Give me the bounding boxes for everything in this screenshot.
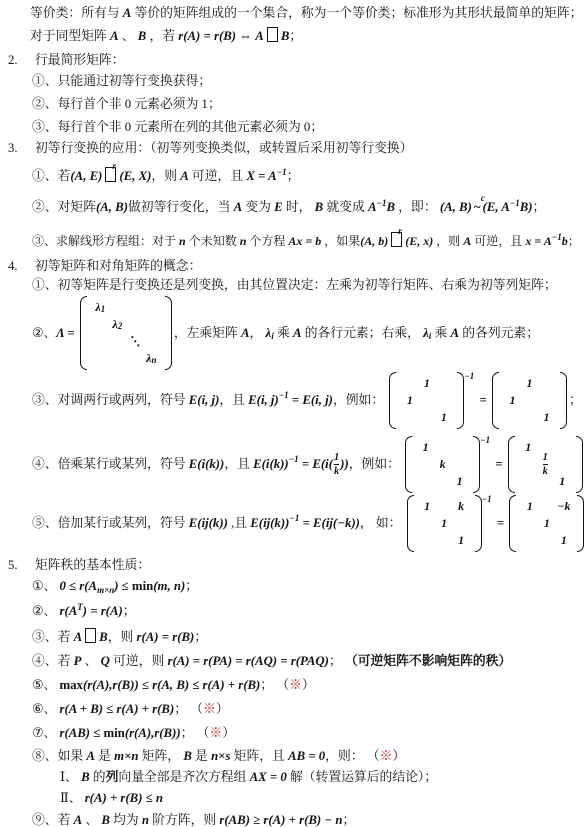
superscript: −1 (277, 167, 287, 177)
matrix-cell (401, 375, 418, 392)
text: Ⅰ、 (60, 770, 81, 784)
text: ,且 (228, 515, 250, 532)
matrix: 11k1 (508, 436, 583, 493)
math-text: (r(A),r(B)) (125, 726, 181, 740)
tofu-box-symbol (267, 27, 278, 45)
math-text: A (74, 813, 83, 827)
matrix: 1−k11 (509, 495, 584, 552)
superscript: −1 (289, 451, 299, 468)
doc-line: ①、只能通过初等行变换获得； (0, 73, 584, 90)
matrix-cell (436, 498, 453, 515)
text: 的 (90, 770, 106, 784)
superscript: −1 (510, 198, 520, 208)
math-text: (A, B) (440, 200, 472, 214)
math-text: A (255, 29, 264, 43)
matrix-cell (92, 350, 109, 367)
math-text: r(AB) ≥ r(A) + r(B) − n (219, 813, 342, 827)
matrix-cell (451, 439, 468, 456)
matrix-cell: ⋱ (126, 333, 143, 350)
text: ，若 (146, 29, 178, 43)
text: ③、对调两行或两列，符号 (32, 392, 189, 409)
matrix-cell: 1 (538, 409, 555, 426)
text: 乘 (274, 325, 293, 342)
math-text: A (368, 200, 377, 214)
math-text: B (99, 630, 108, 644)
text: 、 (119, 29, 138, 43)
list-number: 4. (8, 258, 18, 275)
text: ②、每行首个非 0 元素必须为 1； (32, 97, 221, 111)
matrix: λ1λ2⋱λn (80, 296, 172, 370)
math-text: E(i(k)) (253, 456, 289, 473)
text: ②、 (32, 604, 59, 618)
doc-line: ⑧、如果 A 是 m×n 矩阵， B 是 n×s 矩阵，且 AB = 0，则： … (0, 748, 584, 765)
math-text: = E(i, j) (289, 392, 333, 409)
document-body: 等价类：所有与 A 等价的矩阵组成的一个集合，称为一个等价类；标准形为其形状最简… (0, 5, 584, 827)
math-text: B) (520, 200, 533, 214)
text: ③、若 (32, 630, 74, 644)
text: ⑤、 (32, 678, 59, 692)
doc-line: ⑤、 max(r(A),r(B)) ≤ r(A, B) ≤ r(A) + r(B… (0, 677, 584, 694)
math-text: (E, x) (405, 234, 433, 248)
text: ④、倍乘某行或某列，符号 (32, 456, 189, 473)
math-text: r(A) = r(PA) = r(AQ) = r(PAQ) (167, 654, 328, 668)
math-text: A (180, 169, 189, 183)
matrix-cell (538, 392, 555, 409)
matrix-cell (417, 456, 434, 473)
text: 等价的矩阵组成的一个集合，称为一个等价类；标准形为其形状最简单的矩阵； (131, 6, 582, 20)
math-text: = E(i( (299, 456, 333, 473)
text: ，即： (395, 200, 440, 214)
text: ） (216, 702, 229, 716)
math-text: ) = r(A) (83, 604, 123, 618)
matrix-cell (435, 392, 452, 409)
text: ； (123, 604, 136, 618)
matrix-cell (520, 473, 537, 490)
text: ） (392, 749, 405, 763)
math-text: A (241, 325, 250, 342)
text: 是 (192, 749, 211, 763)
text: Ⅱ、 (60, 791, 85, 805)
superscript: −1 (377, 198, 387, 208)
math-text: X = A (246, 169, 276, 183)
text: ③、每行首个非 0 元素所在列的其他元素必须为 0； (32, 120, 323, 134)
text: ⑥、 (32, 702, 59, 716)
math-text: ) ≤ (114, 579, 132, 593)
matrix-cell: 1 (538, 515, 555, 532)
matrix-cell: 1 (555, 532, 572, 549)
matrix-cell (419, 515, 436, 532)
text: 可逆，且 (189, 169, 247, 183)
math-text: A (74, 630, 83, 644)
text: 做初等行变化，当 (128, 200, 234, 214)
text: 是 (95, 749, 114, 763)
matrix-cell (504, 375, 521, 392)
matrix-cell (92, 333, 109, 350)
text: 初等行变换的应用：（初等列变换类似，或转置后采用初等行变换） (35, 141, 413, 155)
matrix-cell (143, 299, 160, 316)
doc-line: Ⅰ、 B 的列向量全部是齐次方程组 AX = 0 解（转置运算后的结论）； (0, 769, 584, 786)
matrix-cell (126, 316, 143, 333)
matrix-cell: 1 (521, 498, 538, 515)
matrix-cell (109, 333, 126, 350)
math-text: (A, B) (96, 200, 128, 214)
math-text: = E(ij(−k)) (299, 515, 360, 532)
superscript: T (77, 602, 83, 612)
doc-line: 2.行最简形矩阵： (0, 52, 584, 69)
subscript: i (271, 328, 274, 345)
text: ⑧、如果 (32, 749, 86, 763)
matrix-cell (126, 350, 143, 367)
math-text: B (387, 200, 396, 214)
matrix-cell: 1 (520, 439, 537, 456)
math-text: 0 ≤ r(A (59, 579, 97, 593)
text: ； (569, 392, 582, 409)
text: 可逆，且 (471, 234, 525, 248)
math-text: A (450, 325, 459, 342)
matrix-cell (418, 392, 435, 409)
matrix-cell: 1 (401, 392, 418, 409)
doc-line: ⑤、倍加某行或某列，符号 E(ij(k)) ,且 E(ij(k))−1 = E(… (0, 495, 584, 552)
doc-line: ①、 0 ≤ r(Am×n) ≤ min(m, n)； (0, 578, 584, 596)
doc-line: ②、 r(AT) = r(A)； (0, 603, 584, 621)
matrix-cell: 1 (436, 515, 453, 532)
doc-line: ④、倍乘某行或某列，符号 E(i(k))，且 E(i(k))−1 = E(i(1… (0, 436, 584, 493)
matrix-cell (109, 299, 126, 316)
text: ； (194, 630, 207, 644)
text: ，例如： (333, 392, 387, 409)
superscript: −1 (552, 232, 562, 242)
text: 个方程 (246, 234, 288, 248)
math-text: = (492, 456, 506, 473)
text: ④、若 (32, 654, 74, 668)
doc-line: ③、对调两行或两列，符号 E(i, j)，且 E(i, j)−1 = E(i, … (0, 372, 584, 429)
matrix-cell (537, 473, 554, 490)
math-text: (m, n) (153, 579, 185, 593)
text: 乘 (431, 325, 450, 342)
matrix-cell: 1 (451, 473, 468, 490)
matrix-cell (521, 532, 538, 549)
text: ，则 (108, 630, 137, 644)
math-text: m×n (114, 749, 138, 763)
math-text: r(A (59, 604, 77, 618)
text: ②、对矩阵 (32, 200, 96, 214)
matrix-cell: 1 (417, 439, 434, 456)
important-mark: ※ (380, 749, 393, 763)
text: 矩阵，且 (230, 749, 288, 763)
matrix-cell (538, 498, 555, 515)
doc-line: ③、求解线形方程组：对于 n 个未知数 n 个方程 Ax = b ，如果(A, … (0, 232, 584, 251)
matrix-cell (418, 409, 435, 426)
math-text: B (81, 770, 90, 784)
text: 矩阵， (139, 749, 184, 763)
math-text: (r(A),r(B)) ≤ r(A, B) ≤ r(A) + r(B) (83, 678, 260, 692)
matrix-cell: 1 (521, 375, 538, 392)
text: 的各列元素； (459, 325, 539, 342)
text: 解（转置运算后的结论）； (287, 770, 437, 784)
math-text: r(A) = r(B) (178, 29, 236, 43)
matrix-cell (453, 515, 470, 532)
text: ； (342, 813, 355, 827)
math-text: E(i, j) (248, 392, 279, 409)
text: 向量全部是齐次方程组 (118, 770, 249, 784)
doc-line: ①、初等矩阵是行变换还是列变换，由其位置决定：左乘为初等行矩阵、右乘为初等列矩阵… (0, 277, 584, 294)
math-text: E(i, j) (189, 392, 220, 409)
math-text: n (142, 813, 149, 827)
math-text: )) (340, 456, 349, 473)
text: ，且 (224, 456, 253, 473)
math-text: E(ij(k)) (189, 515, 228, 532)
tilde-symbol: ~c (474, 199, 481, 216)
doc-line: ②、每行首个非 0 元素必须为 1； (0, 96, 584, 113)
math-text: E (274, 200, 283, 214)
math-text: Q (101, 654, 110, 668)
math-text: r(A) = r(B) (136, 630, 194, 644)
text: ， (250, 325, 266, 342)
text: 的各行元素；右乘， (302, 325, 424, 342)
text: ； (289, 29, 302, 43)
important-mark: ※ (203, 702, 216, 716)
text: ； (287, 169, 300, 183)
list-number: 3. (8, 140, 18, 157)
math-text: B (183, 749, 192, 763)
text: 矩阵秩的基本性质： (35, 558, 150, 572)
math-text: AX = 0 (250, 770, 287, 784)
matrix-cell (419, 532, 436, 549)
matrix-cell (436, 532, 453, 549)
text: 变为 (242, 200, 274, 214)
math-text: Λ = (56, 325, 78, 342)
matrix-cell (451, 456, 468, 473)
tofu-box-symbol: r (105, 167, 116, 185)
matrix: 111−1 (389, 372, 474, 429)
bold-text: 列 (106, 770, 119, 784)
text: ，左乘矩阵 (174, 325, 241, 342)
math-function: min (103, 726, 124, 740)
matrix-cell (417, 473, 434, 490)
text: ； （ (260, 678, 289, 692)
matrix-cell (554, 439, 571, 456)
math-text: AB = 0 (288, 749, 325, 763)
math-text: E(i(k)) (189, 456, 225, 473)
matrix-cell (538, 532, 555, 549)
text: ； （ (174, 702, 203, 716)
matrix-cell: 1 (453, 532, 470, 549)
doc-line: 等价类：所有与 A 等价的矩阵组成的一个集合，称为一个等价类；标准形为其形状最简… (0, 5, 584, 22)
doc-line: ②、Λ = λ1λ2⋱λn，左乘矩阵 A， λi 乘 A 的各行元素；右乘， λ… (0, 296, 584, 370)
doc-line: ⑦、 r(AB) ≤ min(r(A),r(B))； （※） (0, 725, 584, 742)
text: 行最简形矩阵： (35, 53, 125, 67)
text: ，如果 (321, 234, 360, 248)
matrix-cell: 1 (418, 375, 435, 392)
text: ，且 (219, 392, 248, 409)
matrix-cell (521, 392, 538, 409)
matrix-cell: λn (143, 350, 160, 367)
text: ； （ (181, 726, 210, 740)
matrix-cell: 1 (435, 409, 452, 426)
matrix-cell (143, 333, 160, 350)
math-text: x = A (525, 234, 551, 248)
text: ①、若 (32, 169, 70, 183)
text: 、 (81, 654, 100, 668)
text: ； (329, 654, 345, 668)
math-text: B (138, 29, 147, 43)
matrix-cell (143, 316, 160, 333)
doc-line: ③、若 AB，则 r(A) = r(B)； (0, 628, 584, 646)
math-text: B (101, 813, 110, 827)
math-text: = (494, 515, 508, 532)
math-text: A (293, 325, 302, 342)
matrix-cell (434, 473, 451, 490)
text: ⑤、倍加某行或某列，符号 (32, 515, 189, 532)
tofu-box-symbol (85, 628, 96, 646)
matrix-cell: 1 (504, 392, 521, 409)
matrix-cell: 1k (537, 456, 554, 473)
text: 对于同型矩阵 (30, 29, 110, 43)
matrix-cell: −k (555, 498, 572, 515)
tofu-box-symbol: r (391, 232, 402, 250)
text: ； (568, 234, 580, 248)
math-text: (A, E) (70, 169, 102, 183)
doc-line: ①、若(A, E)r(E, X)，则 A 可逆，且 X = A−1； (0, 167, 584, 186)
doc-line: Ⅱ、 r(A) + r(B) ≤ n (0, 790, 584, 807)
text: ，则： （ (325, 749, 379, 763)
list-number: 2. (8, 52, 18, 69)
bold-text: （可逆矩阵不影响矩阵的秩） (345, 654, 511, 668)
math-text: Ax = b (288, 234, 321, 248)
matrix-cell (504, 409, 521, 426)
matrix-cell (521, 409, 538, 426)
matrix-cell: 1 (554, 473, 571, 490)
doc-line: 5.矩阵秩的基本性质： (0, 557, 584, 574)
text: ⑦、 (32, 726, 59, 740)
important-mark: ※ (289, 678, 302, 692)
math-text: B (315, 200, 324, 214)
matrix-cell (538, 375, 555, 392)
matrix-cell (92, 316, 109, 333)
matrix-cell (555, 515, 572, 532)
matrix-cell (401, 409, 418, 426)
math-text: E(ij(k)) (250, 515, 289, 532)
matrix: 1k1−1 (405, 436, 490, 493)
doc-line: 4.初等矩阵和对角矩阵的概念： (0, 258, 584, 275)
text: ①、初等矩阵是行变换还是列变换，由其位置决定：左乘为初等行矩阵、右乘为初等列矩阵… (32, 278, 557, 292)
matrix-cell: k (434, 456, 451, 473)
text: 个未知数 (186, 234, 240, 248)
text: ） (222, 726, 235, 740)
matrix-cell (554, 456, 571, 473)
matrix: 1k11−1 (407, 495, 492, 552)
superscript: −1 (289, 510, 299, 527)
text: ，则 (151, 169, 180, 183)
math-text: n (179, 234, 186, 248)
subscript: m×n (97, 585, 114, 595)
math-function: max (59, 678, 82, 692)
math-text: A (86, 749, 95, 763)
text: 就变成 (323, 200, 368, 214)
text: ，则 (433, 234, 463, 248)
text: 均为 (110, 813, 142, 827)
superscript: −1 (279, 387, 289, 404)
doc-line: ③、每行首个非 0 元素所在列的其他元素必须为 0； (0, 119, 584, 136)
text: ，例如： (349, 456, 403, 473)
text: ⑨、若 (32, 813, 74, 827)
matrix-cell: λ1 (92, 299, 109, 316)
math-text: n×s (211, 749, 230, 763)
fraction: 1k (334, 452, 339, 477)
matrix-cell: 1 (419, 498, 436, 515)
matrix-cell (520, 456, 537, 473)
matrix-cell (435, 375, 452, 392)
text: ⇔ (236, 29, 255, 43)
text: 阶方阵，则 (149, 813, 219, 827)
doc-line: ⑨、若 A 、 B 均为 n 阶方阵，则 r(AB) ≥ r(A) + r(B)… (0, 812, 584, 827)
math-text: r(A + B) ≤ r(A) + r(B) (59, 702, 174, 716)
matrix-cell (109, 350, 126, 367)
text: ①、只能通过初等行变换获得； (32, 74, 211, 88)
math-text: (E, X) (119, 169, 151, 183)
math-text: r(A) + r(B) ≤ n (85, 791, 163, 805)
math-text: (A, b) (360, 234, 388, 248)
matrix-cell: k (453, 498, 470, 515)
math-function: min (132, 579, 153, 593)
matrix-cell: λ2 (109, 316, 126, 333)
math-text: r(AB) ≤ (59, 726, 103, 740)
document-page: { "page": { "background": "#ffffff", "te… (0, 0, 584, 827)
matrix-cell (126, 299, 143, 316)
text: 时， (283, 200, 315, 214)
text: ①、 (32, 579, 59, 593)
doc-line: ④、若 P 、 Q 可逆，则 r(A) = r(PA) = r(AQ) = r(… (0, 653, 584, 670)
subscript: i (429, 328, 432, 345)
math-text: A (110, 29, 119, 43)
text: ③、求解线形方程组：对于 (32, 234, 179, 248)
matrix-cell (434, 439, 451, 456)
doc-line: 对于同型矩阵 A 、 B ，若 r(A) = r(B) ⇔ AB； (0, 27, 584, 45)
math-text: = (476, 392, 490, 409)
list-number: 5. (8, 557, 18, 574)
text: 等价类：所有与 (30, 6, 123, 20)
text: ） (302, 678, 315, 692)
text: 、 (82, 813, 101, 827)
important-mark: ※ (209, 726, 222, 740)
doc-line: ②、对矩阵(A, B)做初等行变化，当 A 变为 E 时， B 就变成 A−1B… (0, 199, 584, 217)
text: 可逆，则 (110, 654, 168, 668)
text: 初等矩阵和对角矩阵的概念： (35, 259, 201, 273)
text: ②、 (32, 325, 56, 342)
matrix-cell (521, 515, 538, 532)
doc-line: 3.初等行变换的应用：（初等列变换类似，或转置后采用初等行变换） (0, 140, 584, 157)
text: ； (185, 579, 198, 593)
text: ， 如： (360, 515, 405, 532)
text: ； (533, 200, 546, 214)
doc-line: ⑥、 r(A + B) ≤ r(A) + r(B)； （※） (0, 701, 584, 718)
math-text: A (234, 200, 243, 214)
math-text: (E, A (483, 200, 510, 214)
matrix: 111 (492, 372, 567, 429)
